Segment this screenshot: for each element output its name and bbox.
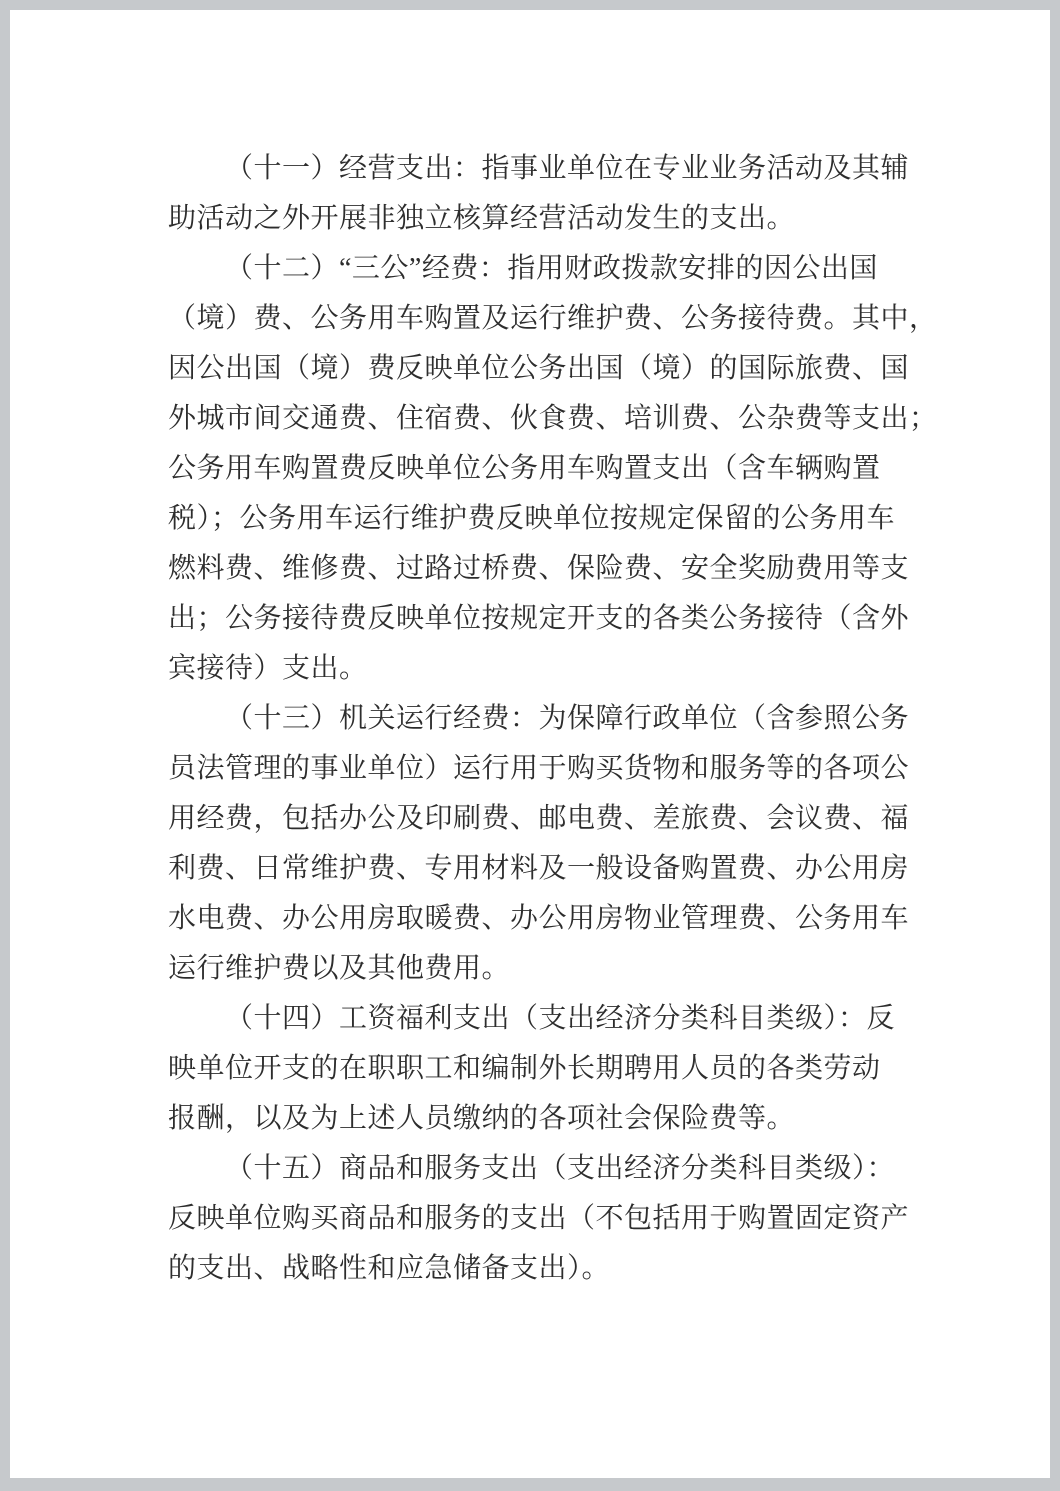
paragraph: （十四）工资福利支出（支出经济分类科目类级）：反映单位开支的在职职工和编制外长期… [168,994,913,1144]
text-line: 的支出、战略性和应急储备支出）。 [168,1244,913,1294]
text-line: 燃料费、维修费、过路过桥费、保险费、安全奖励费用等支 [168,544,913,594]
text-line: 用经费，包括办公及印刷费、邮电费、差旅费、会议费、福 [168,794,913,844]
document-body: （十一）经营支出：指事业单位在专业业务活动及其辅助活动之外开展非独立核算经营活动… [168,144,913,1294]
text-line: 公务用车购置费反映单位公务用车购置支出（含车辆购置 [168,444,913,494]
text-line: 外城市间交通费、住宿费、伙食费、培训费、公杂费等支出； [168,394,913,444]
paragraph: （十三）机关运行经费：为保障行政单位（含参照公务员法管理的事业单位）运行用于购买… [168,694,913,994]
text-line: （十一）经营支出：指事业单位在专业业务活动及其辅 [168,144,913,194]
text-line: 助活动之外开展非独立核算经营活动发生的支出。 [168,194,913,244]
text-line: 利费、日常维护费、专用材料及一般设备购置费、办公用房 [168,844,913,894]
text-line: （十二）“三公”经费：指用财政拨款安排的因公出国 [168,244,913,294]
paragraph: （十一）经营支出：指事业单位在专业业务活动及其辅助活动之外开展非独立核算经营活动… [168,144,913,244]
text-line: 反映单位购买商品和服务的支出（不包括用于购置固定资产 [168,1194,913,1244]
paragraph: （十五）商品和服务支出（支出经济分类科目类级）：反映单位购买商品和服务的支出（不… [168,1144,913,1294]
text-line: （境）费、公务用车购置及运行维护费、公务接待费。其中， [168,294,913,344]
text-line: 报酬，以及为上述人员缴纳的各项社会保险费等。 [168,1094,913,1144]
text-line: 员法管理的事业单位）运行用于购买货物和服务等的各项公 [168,744,913,794]
text-line: 运行维护费以及其他费用。 [168,944,913,994]
text-line: 水电费、办公用房取暖费、办公用房物业管理费、公务用车 [168,894,913,944]
paragraph: （十二）“三公”经费：指用财政拨款安排的因公出国（境）费、公务用车购置及运行维护… [168,244,913,694]
text-line: （十五）商品和服务支出（支出经济分类科目类级）： [168,1144,913,1194]
text-line: 出；公务接待费反映单位按规定开支的各类公务接待（含外 [168,594,913,644]
page-background: { "page": { "background_color": "#c6c9cc… [0,0,1060,1491]
text-line: 因公出国（境）费反映单位公务出国（境）的国际旅费、国 [168,344,913,394]
text-line: 宾接待）支出。 [168,644,913,694]
text-line: （十三）机关运行经费：为保障行政单位（含参照公务 [168,694,913,744]
text-line: 税）；公务用车运行维护费反映单位按规定保留的公务用车 [168,494,913,544]
document-paper: （十一）经营支出：指事业单位在专业业务活动及其辅助活动之外开展非独立核算经营活动… [10,10,1050,1478]
text-line: （十四）工资福利支出（支出经济分类科目类级）：反 [168,994,913,1044]
text-line: 映单位开支的在职职工和编制外长期聘用人员的各类劳动 [168,1044,913,1094]
